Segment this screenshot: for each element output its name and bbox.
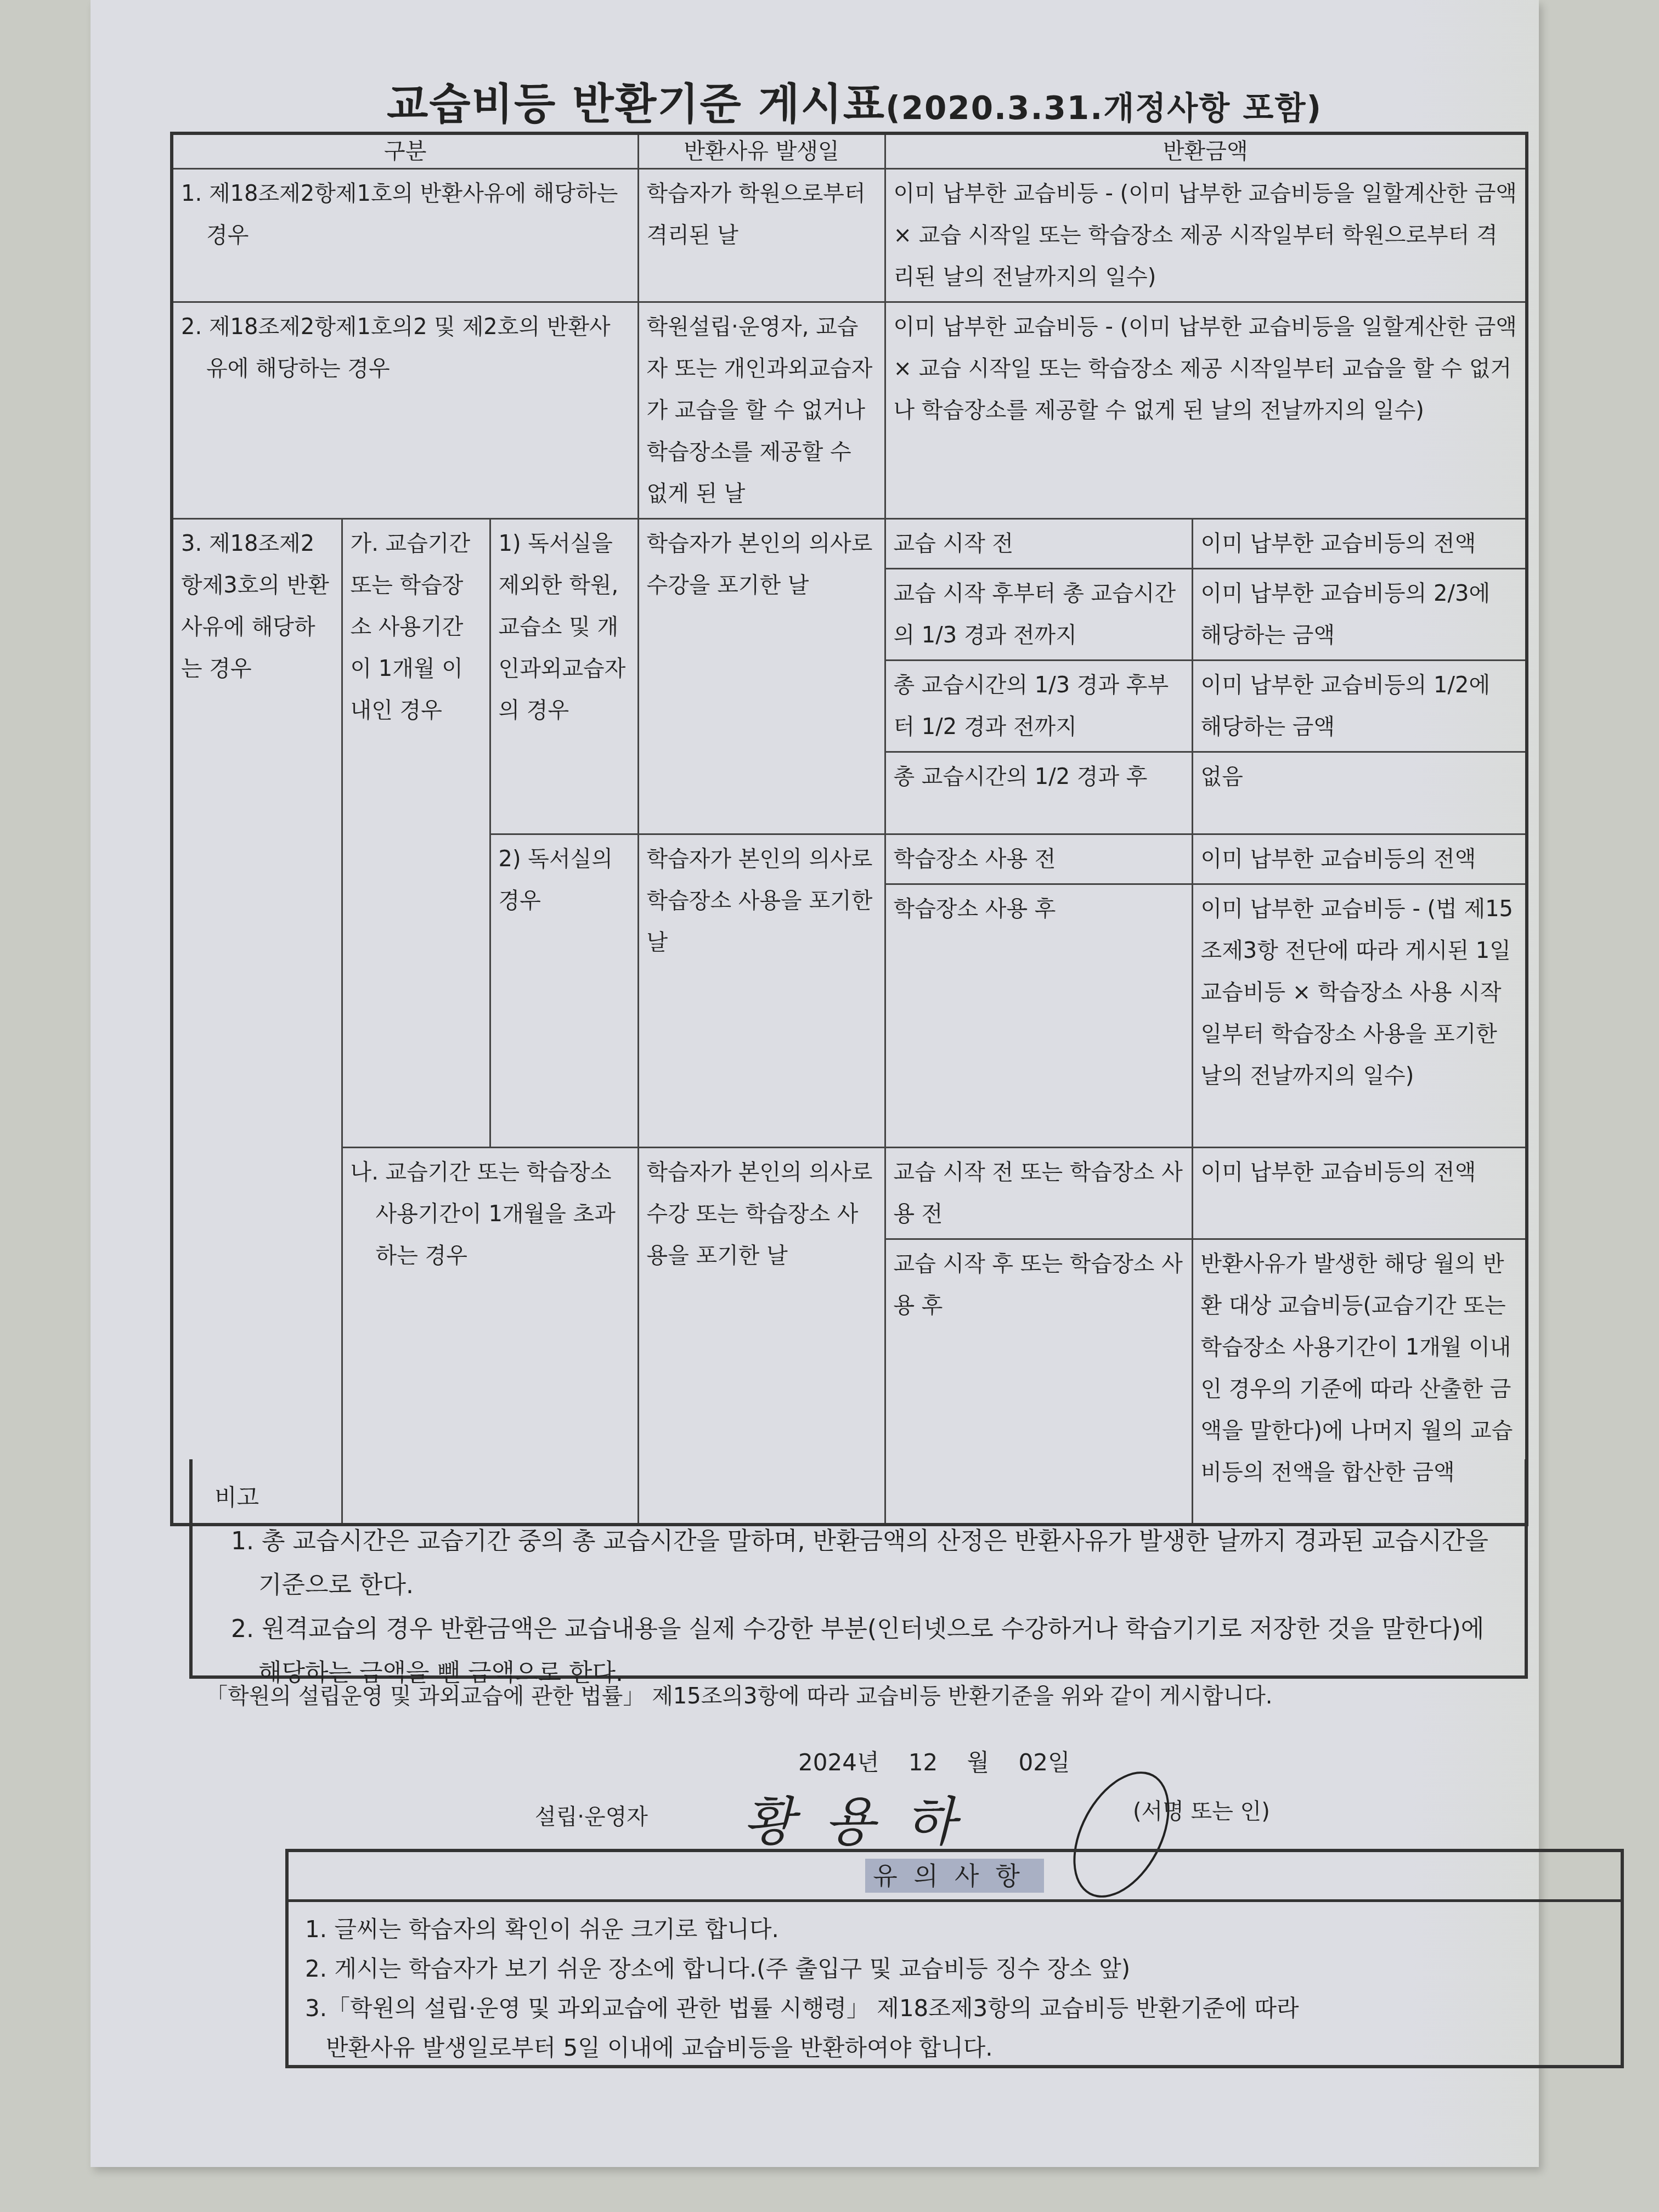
signer-name: 황 용 하 <box>743 1780 962 1855</box>
caution-heading: 유의사항 <box>289 1852 1621 1902</box>
na-amount-0: 이미 납부한 교습비등의 전액 <box>1192 1148 1527 1239</box>
remarks-heading: 비고 <box>215 1476 1503 1520</box>
table-row: 1. 제18조제2항제1호의 반환사유에 해당하는 경우 학습자가 학원으로부터… <box>172 169 1527 302</box>
ga2-period-0: 학습장소 사용 전 <box>885 834 1192 884</box>
ga1-amount-3: 없음 <box>1192 752 1527 834</box>
header-occurrence: 반환사유 발생일 <box>638 133 885 169</box>
row3-ga-1-label: 1) 독서실을 제외한 학원, 교습소 및 개인과외교습자의 경우 <box>490 519 638 834</box>
row3-sub-ga: 가. 교습기간 또는 학습장소 사용기간이 1개월 이내인 경우 <box>342 519 490 1148</box>
remarks-box: 비고 1. 총 교습시간은 교습기간 중의 총 교습시간을 말하며, 반환금액의… <box>189 1459 1528 1679</box>
row1-amount: 이미 납부한 교습비등 - (이미 납부한 교습비등을 일할계산한 금액 × 교… <box>885 169 1527 302</box>
row3-ga-2-occurrence: 학습자가 본인의 의사로 학습장소 사용을 포기한 날 <box>638 834 885 1148</box>
seal-note: (서명 또는 인) <box>1133 1794 1270 1825</box>
signer-label: 설립·운영자 <box>535 1799 648 1831</box>
row2-amount: 이미 납부한 교습비등 - (이미 납부한 교습비등을 일할계산한 금액 × 교… <box>885 302 1527 519</box>
row2-occurrence: 학원설립·운영자, 교습자 또는 개인과외교습자가 교습을 할 수 없거나 학습… <box>638 302 885 519</box>
caution-body: 1. 글씨는 학습자의 확인이 쉬운 크기로 합니다. 2. 게시는 학습자가 … <box>289 1902 1621 2075</box>
notice-paper: 교습비등 반환기준 게시표(2020.3.31.개정사항 포함) 구분 반환사유… <box>91 0 1539 2167</box>
ga1-period-2: 총 교습시간의 1/3 경과 후부터 1/2 경과 전까지 <box>885 661 1192 752</box>
row2-category: 2. 제18조제2항제1호의2 및 제2호의 반환사유에 해당하는 경우 <box>172 302 638 519</box>
title-suffix: (2020.3.31.개정사항 포함) <box>885 89 1322 127</box>
caution-item: 2. 게시는 학습자가 보기 쉬운 장소에 합니다.(주 출입구 및 교습비등 … <box>305 1949 1604 1989</box>
caution-item: 반환사유 발생일로부터 5일 이내에 교습비등을 반환하여야 합니다. <box>305 2028 1604 2068</box>
header-category: 구분 <box>172 133 638 169</box>
row3-category: 3. 제18조제2항제3호의 반환사유에 해당하는 경우 <box>172 519 342 1525</box>
refund-criteria-table: 구분 반환사유 발생일 반환금액 1. 제18조제2항제1호의 반환사유에 해당… <box>170 132 1528 1526</box>
legal-statement: 「학원의 설립운영 및 과외교습에 관한 법률」 제15조의3항에 따라 교습비… <box>206 1679 1273 1710</box>
row1-category: 1. 제18조제2항제1호의 반환사유에 해당하는 경우 <box>172 169 638 302</box>
ga2-amount-0: 이미 납부한 교습비등의 전액 <box>1192 834 1527 884</box>
document-title: 교습비등 반환기준 게시표(2020.3.31.개정사항 포함) <box>387 70 1429 132</box>
ga2-period-1: 학습장소 사용 후 <box>885 884 1192 1148</box>
ga2-amount-1: 이미 납부한 교습비등 - (법 제15조제3항 전단에 따라 게시된 1일 교… <box>1192 884 1527 1148</box>
ga1-period-0: 교습 시작 전 <box>885 519 1192 569</box>
table-row: 2. 제18조제2항제1호의2 및 제2호의 반환사유에 해당하는 경우 학원설… <box>172 302 1527 519</box>
ga1-amount-2: 이미 납부한 교습비등의 1/2에 해당하는 금액 <box>1192 661 1527 752</box>
caution-item: 1. 글씨는 학습자의 확인이 쉬운 크기로 합니다. <box>305 1910 1604 1949</box>
header-amount: 반환금액 <box>885 133 1527 169</box>
na-period-0: 교습 시작 전 또는 학습장소 사용 전 <box>885 1148 1192 1239</box>
ga1-amount-0: 이미 납부한 교습비등의 전액 <box>1192 519 1527 569</box>
table-header-row: 구분 반환사유 발생일 반환금액 <box>172 133 1527 169</box>
title-main: 교습비등 반환기준 게시표 <box>387 80 885 129</box>
row3-ga-1-occurrence: 학습자가 본인의 의사로 수강을 포기한 날 <box>638 519 885 834</box>
caution-box: 유의사항 1. 글씨는 학습자의 확인이 쉬운 크기로 합니다. 2. 게시는 … <box>285 1849 1624 2068</box>
ga1-period-1: 교습 시작 후부터 총 교습시간의 1/3 경과 전까지 <box>885 569 1192 661</box>
posting-date: 2024년 12 월 02일 <box>798 1745 1070 1778</box>
row3-ga-2-label: 2) 독서실의 경우 <box>490 834 638 1148</box>
caution-item: 3.「학원의 설립·운영 및 과외교습에 관한 법률 시행령」 제18조제3항의… <box>305 1989 1604 2028</box>
row1-occurrence: 학습자가 학원으로부터 격리된 날 <box>638 169 885 302</box>
table-row: 나. 교습기간 또는 학습장소 사용기간이 1개월을 초과하는 경우 학습자가 … <box>172 1148 1527 1239</box>
remark-item: 1. 총 교습시간은 교습기간 중의 총 교습시간을 말하며, 반환금액의 산정… <box>215 1520 1503 1607</box>
table-row: 3. 제18조제2항제3호의 반환사유에 해당하는 경우 가. 교습기간 또는 … <box>172 519 1527 569</box>
ga1-amount-1: 이미 납부한 교습비등의 2/3에 해당하는 금액 <box>1192 569 1527 661</box>
ga1-period-3: 총 교습시간의 1/2 경과 후 <box>885 752 1192 834</box>
